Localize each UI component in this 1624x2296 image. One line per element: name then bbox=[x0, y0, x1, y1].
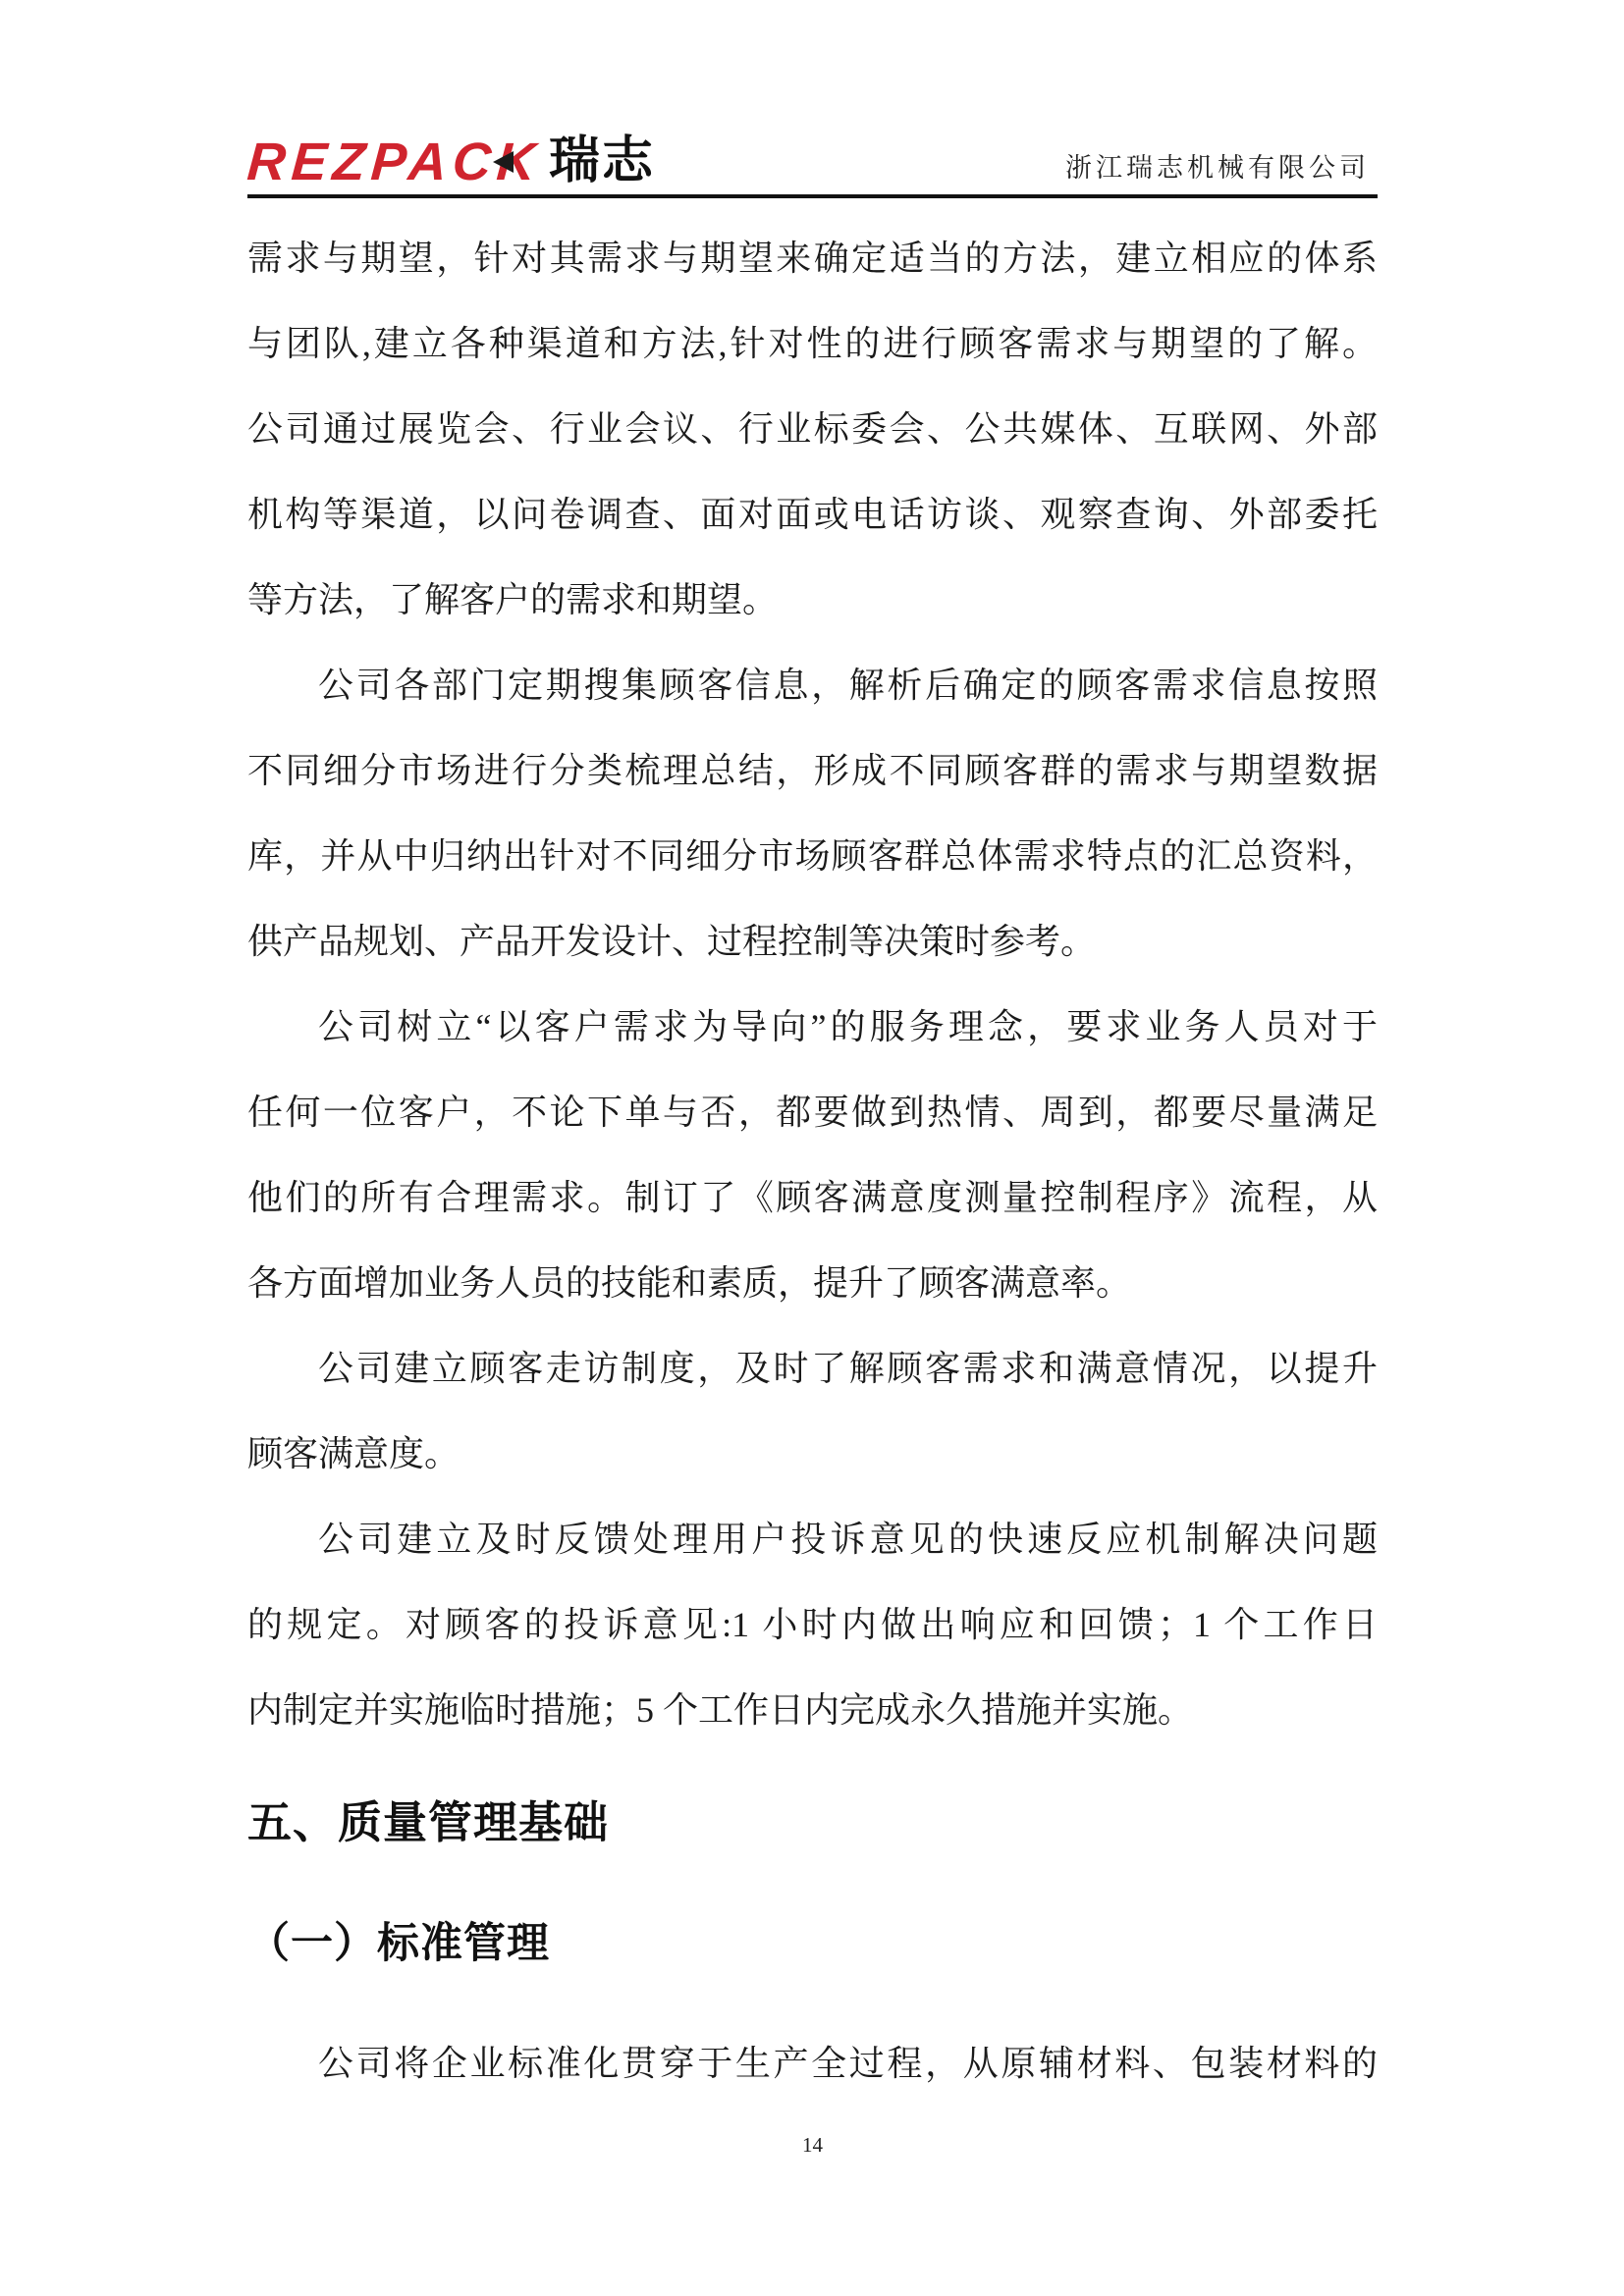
body-line: 不同细分市场进行分类梳理总结，形成不同顾客群的需求与期望数据 bbox=[247, 728, 1378, 814]
company-logo: REZPACK 瑞志 bbox=[247, 138, 655, 184]
body-line: 库，并从中归纳出针对不同细分市场顾客群总体需求特点的汇总资料， bbox=[247, 814, 1378, 899]
body-line: 机构等渠道，以问卷调查、面对面或电话访谈、观察查询、外部委托 bbox=[247, 472, 1378, 558]
page-header: REZPACK 瑞志 浙江瑞志机械有限公司 bbox=[247, 138, 1378, 184]
logo-cjk-text: 瑞志 bbox=[549, 138, 655, 184]
body-line: 的规定。对顾客的投诉意见:1 小时内做出响应和回馈；1 个工作日 bbox=[247, 1582, 1378, 1668]
body-line: 内制定并实施临时措施；5 个工作日内完成永久措施并实施。 bbox=[247, 1668, 1378, 1753]
section-heading: 五、质量管理基础 bbox=[247, 1796, 1378, 1849]
body-line: 顾客满意度。 bbox=[247, 1412, 1378, 1497]
body-line: 需求与期望，针对其需求与期望来确定适当的方法，建立相应的体系 bbox=[247, 216, 1378, 301]
body-line: 供产品规划、产品开发设计、过程控制等决策时参考。 bbox=[247, 899, 1378, 985]
header-divider bbox=[247, 194, 1378, 198]
body-line: 公司建立顾客走访制度，及时了解顾客需求和满意情况，以提升 bbox=[247, 1326, 1378, 1412]
logo-arrow-icon bbox=[493, 151, 514, 173]
page-content: REZPACK 瑞志 浙江瑞志机械有限公司 需求与期望，针对其需求与期望来确定适… bbox=[247, 138, 1378, 2158]
body-line: 与团队,建立各种渠道和方法,针对性的进行顾客需求与期望的了解。 bbox=[247, 301, 1378, 387]
body-line: 任何一位客户，不论下单与否，都要做到热情、周到，都要尽量满足 bbox=[247, 1070, 1378, 1155]
document-page: REZPACK 瑞志 浙江瑞志机械有限公司 需求与期望，针对其需求与期望来确定适… bbox=[0, 0, 1624, 2296]
body-line: 各方面增加业务人员的技能和素质，提升了顾客满意率。 bbox=[247, 1241, 1378, 1326]
page-footer: 14 bbox=[247, 2133, 1378, 2158]
document-body: 需求与期望，针对其需求与期望来确定适当的方法，建立相应的体系 与团队,建立各种渠… bbox=[247, 216, 1378, 2107]
body-line: 公司将企业标准化贯穿于生产全过程，从原辅材料、包装材料的 bbox=[247, 2021, 1378, 2107]
company-name: 浙江瑞志机械有限公司 bbox=[1065, 152, 1378, 184]
body-line: 公司建立及时反馈处理用户投诉意见的快速反应机制解决问题 bbox=[247, 1497, 1378, 1582]
body-line: 公司通过展览会、行业会议、行业标委会、公共媒体、互联网、外部 bbox=[247, 387, 1378, 472]
page-number: 14 bbox=[802, 2133, 823, 2157]
body-line: 等方法，了解客户的需求和期望。 bbox=[247, 558, 1378, 643]
body-line: 公司树立“以客户需求为导向”的服务理念，要求业务人员对于 bbox=[247, 985, 1378, 1070]
subsection-heading: （一）标准管理 bbox=[247, 1917, 1378, 1970]
body-line: 公司各部门定期搜集顾客信息，解析后确定的顾客需求信息按照 bbox=[247, 643, 1378, 728]
body-line: 他们的所有合理需求。制订了《顾客满意度测量控制程序》流程，从 bbox=[247, 1155, 1378, 1241]
